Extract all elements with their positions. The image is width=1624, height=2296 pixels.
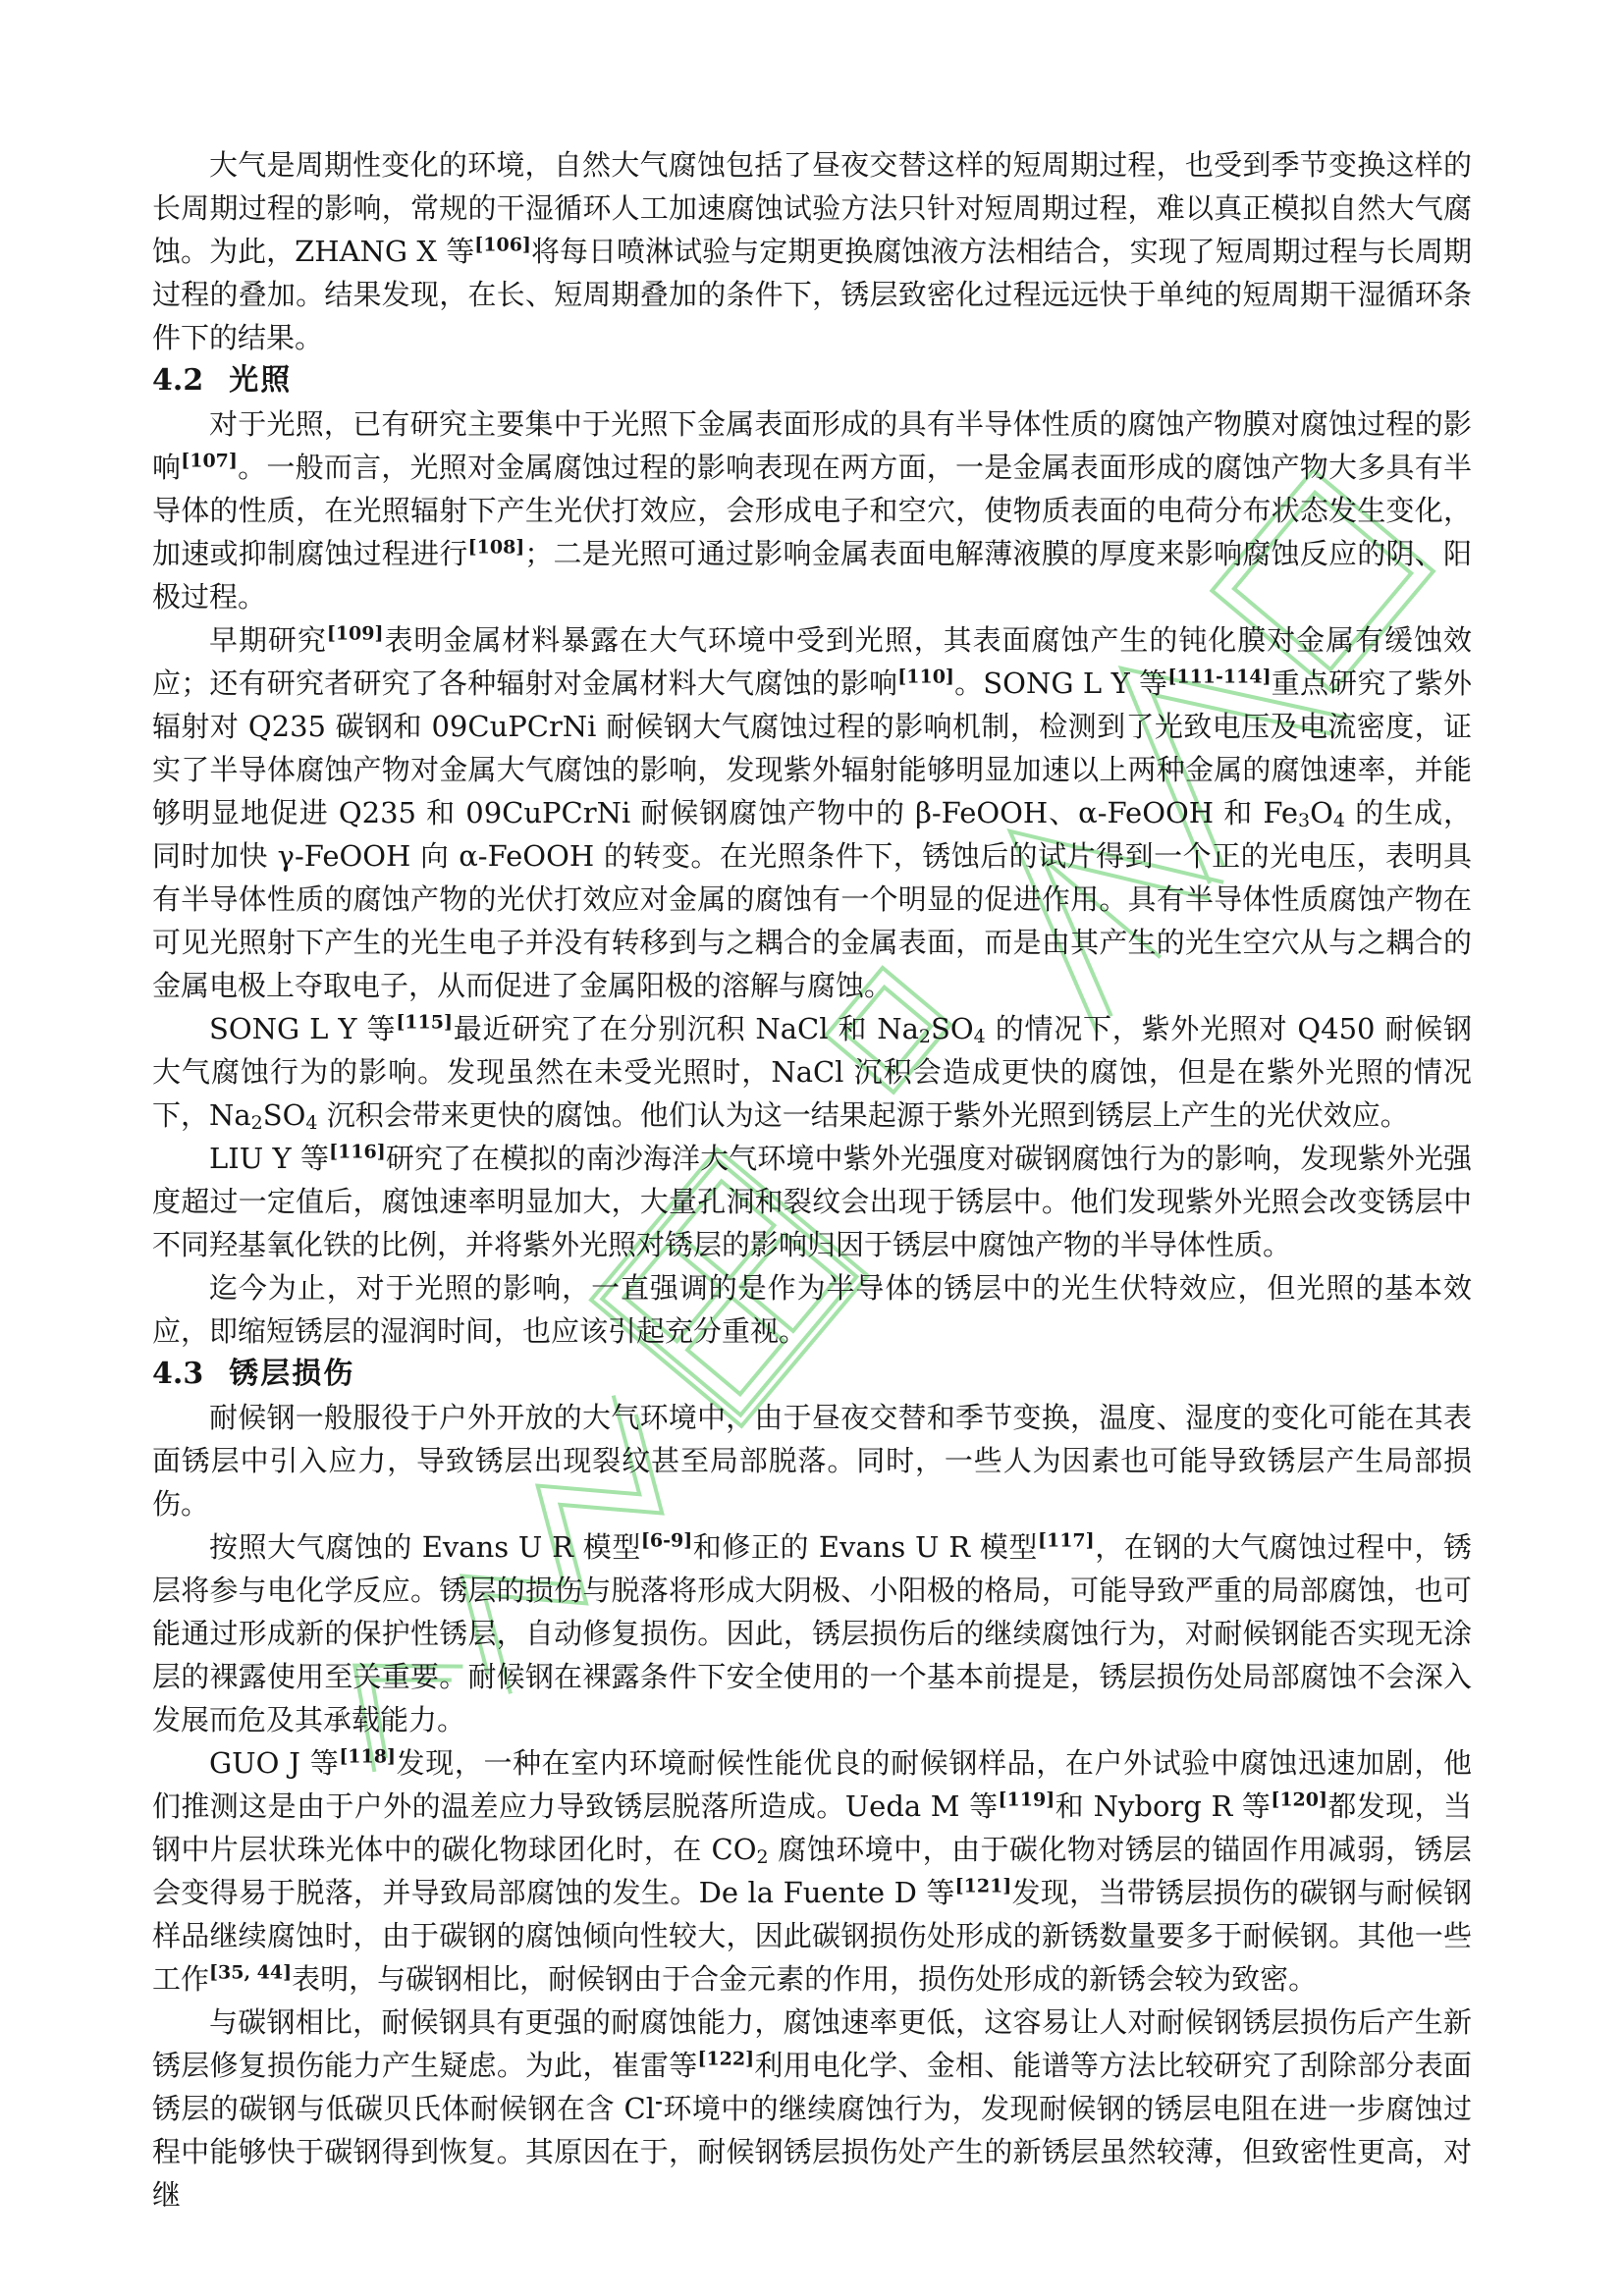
paragraph-light-summary: 迄今为止，对于光照的影响，一直强调的是作为半导体的锈层中的光生伏特效应，但光照的… xyxy=(152,1266,1472,1353)
paragraph-dry-wet-cycle: 大气是周期性变化的环境，自然大气腐蚀包括了昼夜交替这样的短周期过程，也受到季节变… xyxy=(152,143,1472,359)
paragraph-evans-model: 按照大气腐蚀的 Evans U R 模型[6-9]和修正的 Evans U R … xyxy=(152,1525,1472,1741)
section-heading-4-2: 4.2光照 xyxy=(152,359,1472,402)
heading-number: 4.2 xyxy=(152,363,203,398)
heading-number: 4.3 xyxy=(152,1357,203,1391)
paragraph-early-uv-research: 早期研究[109]表明金属材料暴露在大气环境中受到光照，其表面腐蚀产生的钝化膜对… xyxy=(152,618,1472,1007)
heading-title: 锈层损伤 xyxy=(229,1357,354,1391)
paragraph-liu-uv-intensity: LIU Y 等[116]研究了在模拟的南沙海洋大气环境中紫外光强度对碳钢腐蚀行为… xyxy=(152,1137,1472,1266)
heading-title: 光照 xyxy=(229,363,292,398)
paragraph-light-overview: 对于光照，已有研究主要集中于光照下金属表面形成的具有半导体性质的腐蚀产物膜对腐蚀… xyxy=(152,402,1472,618)
paragraph-spalling-studies: GUO J 等[118]发现，一种在室内环境耐候性能优良的耐候钢样品，在户外试验… xyxy=(152,1741,1472,2001)
document-page: 大气是周期性变化的环境，自然大气腐蚀包括了昼夜交替这样的短周期过程，也受到季节变… xyxy=(0,0,1624,2296)
paragraph-rust-damage-intro: 耐候钢一般服役于户外开放的大气环境中，由于昼夜交替和季节变换，温度、湿度的变化可… xyxy=(152,1396,1472,1525)
paragraph-repair-ability: 与碳钢相比，耐候钢具有更强的耐腐蚀能力，腐蚀速率更低，这容易让人对耐候钢锈层损伤… xyxy=(152,2001,1472,2216)
paragraph-song-nacl-na2so4: SONG L Y 等[115]最近研究了在分别沉积 NaCl 和 Na2SO4 … xyxy=(152,1007,1472,1137)
section-heading-4-3: 4.3锈层损伤 xyxy=(152,1353,1472,1396)
page-content: 大气是周期性变化的环境，自然大气腐蚀包括了昼夜交替这样的短周期过程，也受到季节变… xyxy=(152,143,1472,2216)
